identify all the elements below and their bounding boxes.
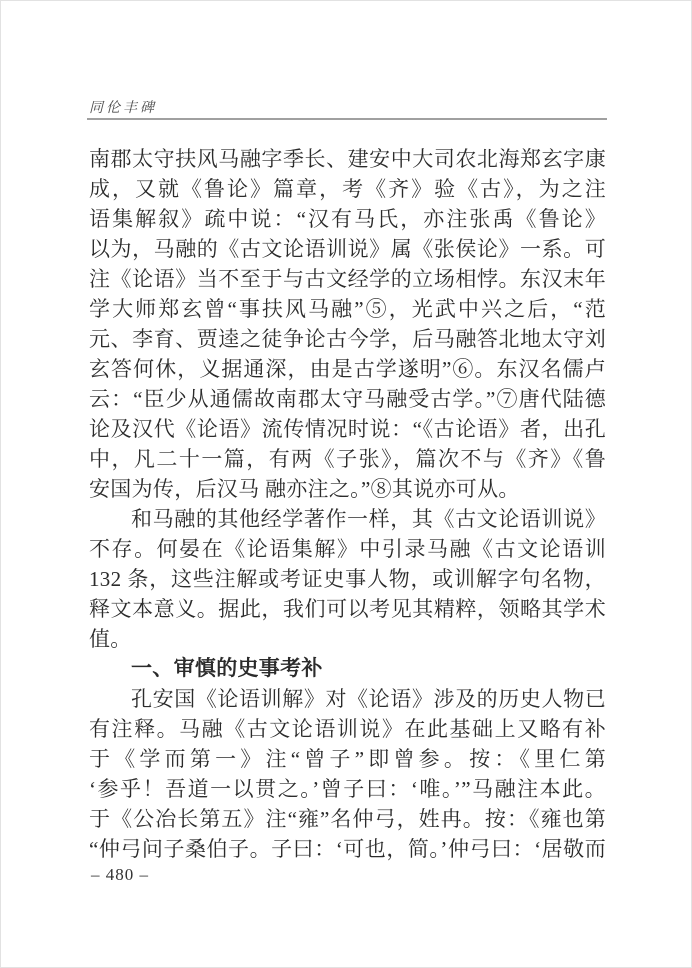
- text-line: 语集解叙》疏中说：“汉有马氏，亦注张禹《鲁论》也。”皇氏: [89, 204, 606, 234]
- text-line: 132 条，这些注解或考证史事人物，或训解字句名物，或阐: [89, 564, 606, 594]
- text-line: 值。: [89, 624, 606, 654]
- text-line: 以为，马融的《古文论语训说》属《张侯论》一系。可想，他: [89, 234, 606, 264]
- text-line: 注《论语》当不至于与古文经学的立场相悖。东汉末年经: [89, 264, 606, 294]
- text-line: 中，凡二十一篇，有两《子张》，篇次不与《齐》《鲁论》同，孔: [89, 444, 606, 474]
- text-line: 安国为传，后汉马 融亦注之。”⑧其说亦可从。: [89, 474, 606, 504]
- section-heading: 一、审慎的史事考补: [89, 654, 606, 684]
- text-line: 南郡太守扶风马融字季长、建安中大司农北海郑玄字康: [89, 144, 606, 174]
- text-line: 玄答何休，义据通深，由是古学遂明”⑥。东汉名儒卢植亦: [89, 354, 606, 384]
- text-line: 云：“臣少从通儒故南郡太守马融受古学。”⑦唐代陆德明在: [89, 384, 606, 414]
- text-line: 于《公冶长第五》注“雍”名仲弓，姓冉。按：《雍也第六》：: [89, 804, 606, 834]
- running-head: 同伦丰碑: [89, 97, 157, 117]
- body-text: 南郡太守扶风马融字季长、建安中大司农北海郑玄字康 成，又就《鲁论》篇章，考《齐》…: [89, 144, 606, 864]
- text-line: 释文本意义。据此，我们可以考见其精粹，领略其学术价: [89, 594, 606, 624]
- text-line: 和马融的其他经学著作一样，其《古文论语训说》今已: [89, 504, 606, 534]
- text-line: ‘参乎！吾道一以贯之。’曾子曰：‘唯。’”马融注本此。: [89, 774, 606, 804]
- text-line: 不存。何晏在《论语集解》中引录马融《古文论语训说》共: [89, 534, 606, 564]
- header-rule: [87, 118, 607, 120]
- text-line: 有注释。马融《古文论语训说》在此基础上又略有补充。: [89, 714, 606, 744]
- text-line: 于《学而第一》注“曾子”即曾参。按：《里仁第四》：“子曰：: [89, 744, 606, 774]
- text-line: 学大师郑玄曾“事扶风马融”⑤，光武中兴之后，“范升、陈: [89, 294, 606, 324]
- text-line: 孔安国《论语训解》对《论语》涉及的历史人物已经多: [89, 684, 606, 714]
- book-page: 同伦丰碑 南郡太守扶风马融字季长、建安中大司农北海郑玄字康 成，又就《鲁论》篇章…: [0, 0, 692, 968]
- text-line: 元、李育、贾逵之徒争论古今学，后马融答北地太守刘瑰及: [89, 324, 606, 354]
- text-line: “仲弓问子桑伯子。子曰：‘可也，简。’仲弓曰：‘居敬而行: [89, 834, 606, 864]
- text-line: 成，又就《鲁论》篇章，考《齐》验《古》，为之注解。”并于《论: [89, 174, 606, 204]
- page-number: – 480 –: [91, 865, 149, 885]
- text-line: 论及汉代《论语》流传情况时说：“《古论语》者，出孔氏壁: [89, 414, 606, 444]
